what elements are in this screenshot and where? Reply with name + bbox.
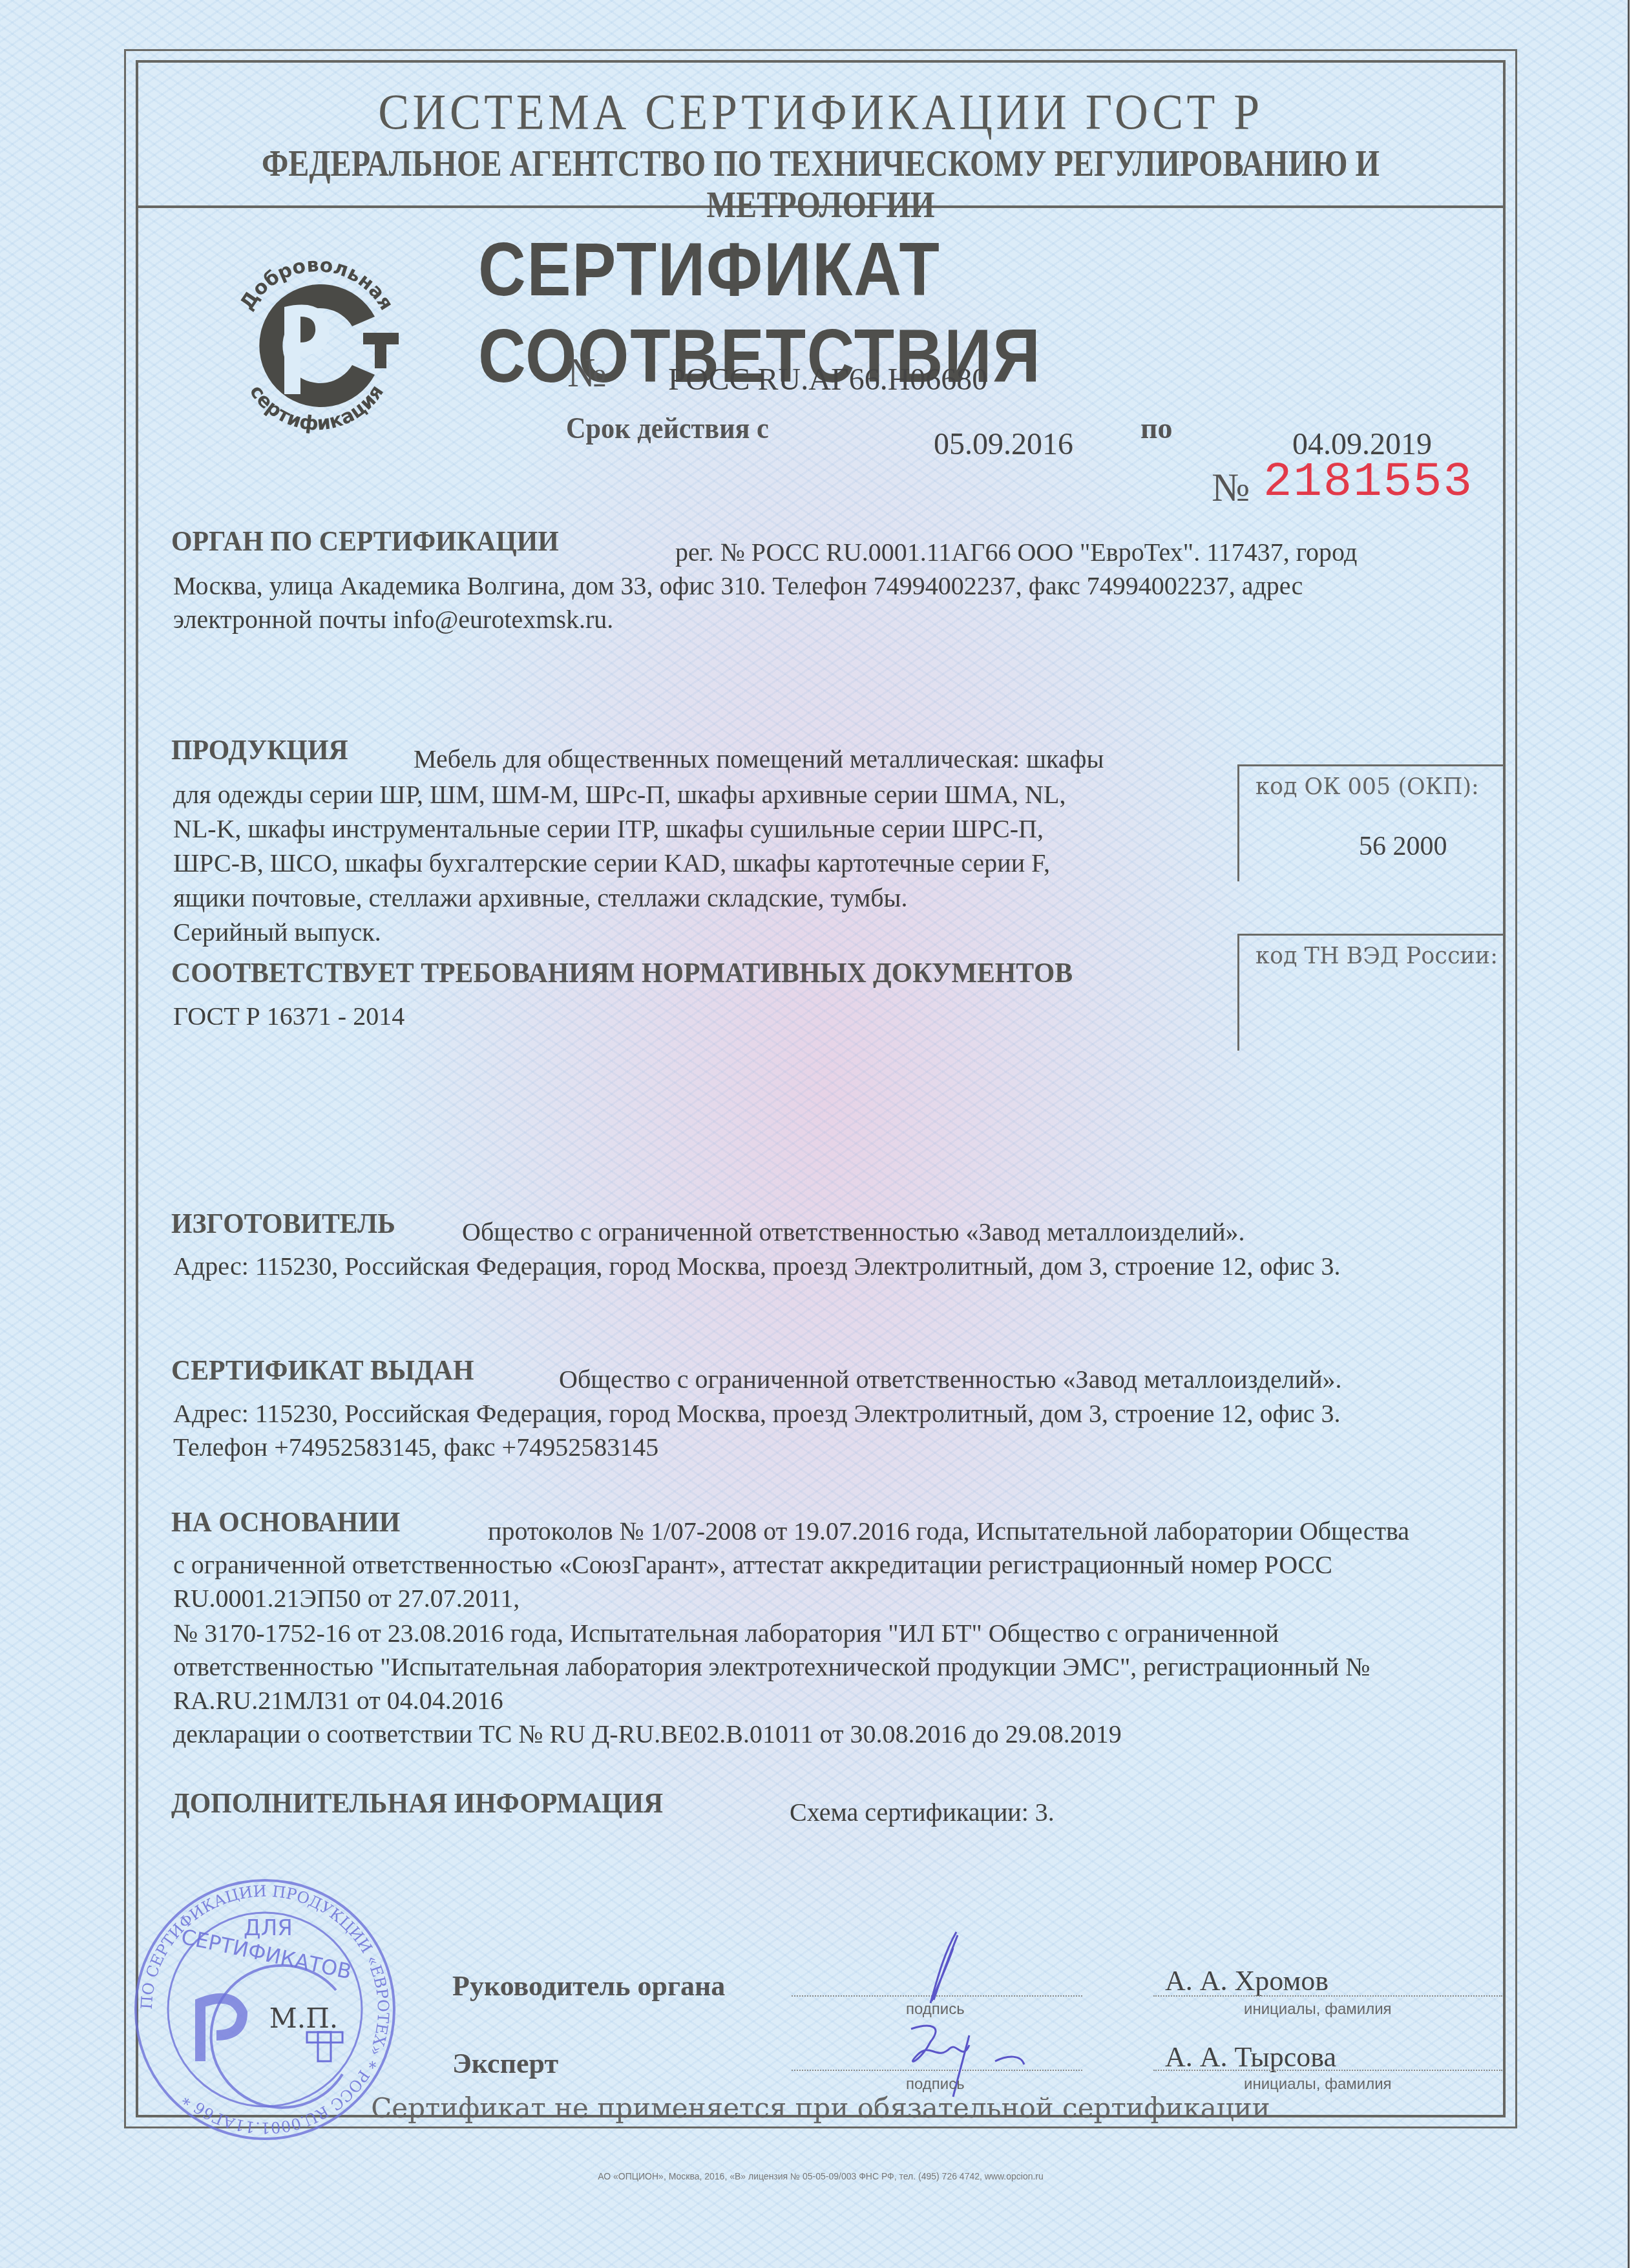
head-name: А. А. Хромов	[1165, 1964, 1329, 1997]
number-sign: №	[567, 349, 607, 397]
product-line: ящики почтовые, стеллажи архивные, стелл…	[173, 882, 907, 914]
product-line: NL-K, шкафы инструментальные серии ITP, …	[173, 813, 1044, 845]
expert-name-line	[1153, 2070, 1502, 2071]
name-caption: инициалы, фамилия	[1244, 2000, 1392, 2019]
serial-number-sign: №	[1212, 465, 1250, 511]
certification-body-line: Москва, улица Академика Волгина, дом 33,…	[173, 570, 1303, 602]
okp-code-value: 56 2000	[1359, 831, 1447, 862]
certification-body-line: электронной почты info@eurotexmsk.ru.	[173, 604, 613, 636]
system-title: СИСТЕМА СЕРТИФИКАЦИИ ГОСТ Р	[191, 83, 1451, 141]
okp-code-box: код ОК 005 (ОКП): 56 2000	[1237, 764, 1504, 881]
serial-number: 2181553	[1263, 456, 1473, 510]
stamp-mp-label: М.П.	[269, 2002, 338, 2034]
certificate-number: РОСС RU.АГ66.Н06680	[668, 362, 987, 397]
stamp-center-top: ДЛЯ	[244, 1915, 293, 1941]
basis-line: ответственностью "Испытательная лаборато…	[173, 1651, 1370, 1683]
additional-info-label: ДОПОЛНИТЕЛЬНАЯ ИНФОРМАЦИЯ	[171, 1787, 663, 1820]
agency-name: ФЕДЕРАЛЬНОЕ АГЕНТСТВО ПО ТЕХНИЧЕСКОМУ РЕ…	[231, 143, 1409, 226]
manufacturer-name: Общество с ограниченной ответственностью…	[462, 1216, 1245, 1248]
basis-line: RU.0001.21ЭП50 от 27.07.2011,	[173, 1582, 520, 1615]
certification-body-label: ОРГАН ПО СЕРТИФИКАЦИИ	[171, 525, 559, 558]
page-edge	[1628, 0, 1649, 2268]
manufacturer-label: ИЗГОТОВИТЕЛЬ	[171, 1207, 395, 1240]
validity-label: Срок действия с	[566, 411, 769, 445]
tnved-code-label: код ТН ВЭД России:	[1255, 943, 1498, 969]
manufacturer-address: Адрес: 115230, Российская Федерация, гор…	[173, 1250, 1341, 1283]
basis-line: № 3170-1752-16 от 23.08.2016 года, Испыт…	[173, 1617, 1279, 1650]
head-label: Руководитель органа	[452, 1969, 725, 2002]
certificate-title: СЕРТИФИКАТ СООТВЕТСТВИЯ	[478, 226, 1509, 399]
signature-caption: подпись	[906, 2075, 965, 2094]
standard-reference: ГОСТ Р 16371 - 2014	[173, 1000, 404, 1033]
expert-name: А. А. Тырсова	[1165, 2041, 1336, 2074]
head-signature-icon	[918, 1929, 969, 2006]
product-line: Серийный выпуск.	[173, 916, 381, 949]
product-label: ПРОДУКЦИЯ	[171, 733, 348, 766]
rst-logo-icon: Добровольная сертификация	[213, 242, 420, 443]
issued-to-label: СЕРТИФИКАТ ВЫДАН	[171, 1354, 474, 1387]
issued-to-name: Общество с ограниченной ответственностью…	[559, 1363, 1342, 1396]
valid-from-date: 05.09.2016	[934, 426, 1073, 462]
issued-to-address: Адрес: 115230, Российская Федерация, гор…	[173, 1398, 1341, 1430]
issued-to-phone: Телефон +74952583145, факс +74952583145	[173, 1431, 658, 1464]
head-name-line	[1153, 1995, 1502, 1997]
tnved-code-box: код ТН ВЭД России:	[1237, 934, 1504, 1051]
certification-body-line: рег. № РОСС RU.0001.11АГ66 ООО "ЕвроТех"…	[675, 536, 1357, 569]
basis-line: декларации о соответствии ТС № RU Д-RU.В…	[173, 1718, 1122, 1750]
product-line: ШРС-В, ШСО, шкафы бухгалтерские серии KA…	[173, 847, 1050, 879]
basis-line: с ограниченной ответственностью «СоюзГар…	[173, 1549, 1332, 1581]
product-line: для одежды серии ШР, ШМ, ШМ-М, ШРс-П, шк…	[173, 779, 1066, 811]
footer-note: Сертификат не применяется при обязательн…	[136, 2092, 1506, 2124]
certification-scheme: Схема сертификации: 3.	[790, 1796, 1055, 1829]
basis-label: НА ОСНОВАНИИ	[171, 1506, 400, 1538]
basis-line: RA.RU.21МЛ31 от 04.04.2016	[173, 1685, 503, 1717]
conformity-label: СООТВЕТСТВУЕТ ТРЕБОВАНИЯМ НОРМАТИВНЫХ ДО…	[171, 956, 1073, 989]
valid-to-label: по	[1140, 411, 1173, 445]
basis-line: протоколов № 1/07-2008 от 19.07.2016 год…	[488, 1515, 1409, 1548]
okp-code-label: код ОК 005 (ОКП):	[1255, 774, 1479, 800]
printer-info: АО «ОПЦИОН», Москва, 2016, «В» лицензия …	[136, 2171, 1506, 2181]
product-line: Мебель для общественных помещений металл…	[414, 743, 1104, 775]
expert-label: Эксперт	[452, 2047, 558, 2080]
name-caption: инициалы, фамилия	[1244, 2075, 1392, 2094]
